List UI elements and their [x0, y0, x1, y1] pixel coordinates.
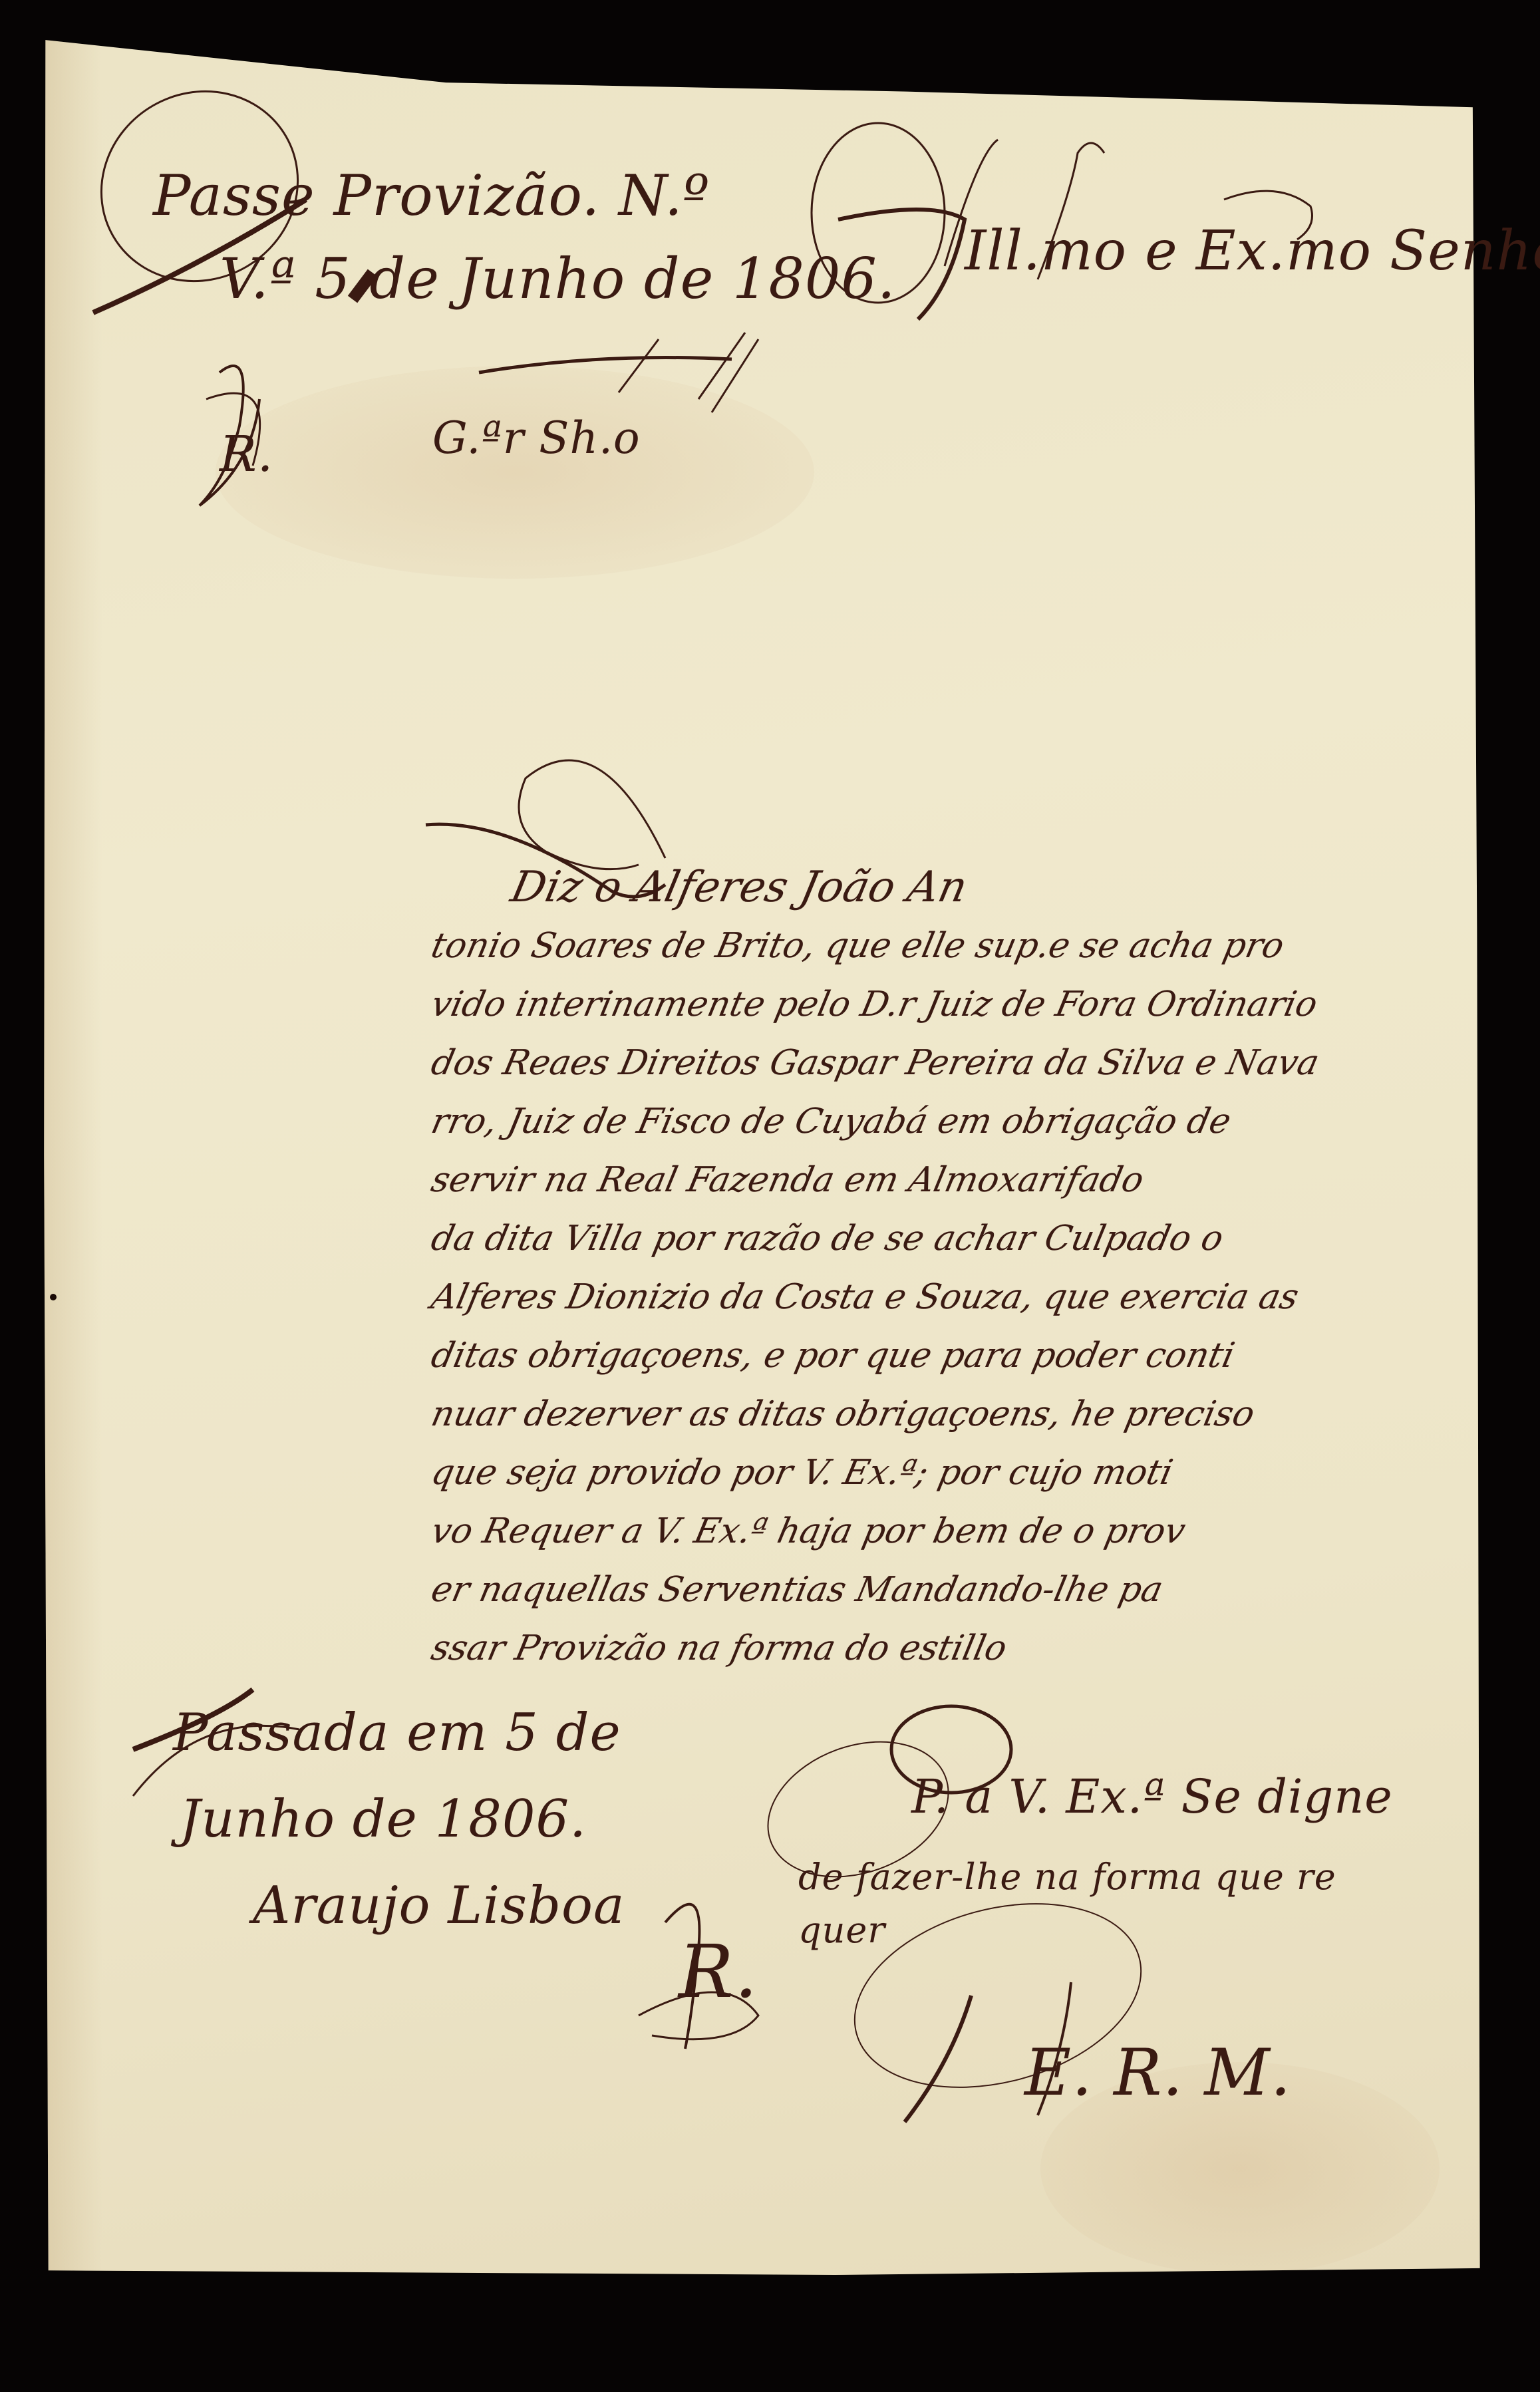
body-line: nuar dezerver as ditas obrigaçoens, he p… — [426, 1385, 1489, 1443]
body-line: Diz o Alferes João An — [426, 858, 1489, 917]
dispatch-rubric: R. — [679, 1929, 758, 2014]
registry-line-1: Passe Provizão. N.º — [153, 163, 710, 228]
dispatch-line-2: Junho de 1806. — [180, 1789, 587, 1849]
registry-line-2: V.ª 5 de Junho de 1806. — [220, 246, 896, 311]
body-line: vido interinamente pelo D.r Juiz de Fora… — [426, 975, 1489, 1034]
salutation: Ill.mo e Ex.mo Senhor — [965, 220, 1540, 283]
dispatch-line-1: Passada em 5 de — [173, 1703, 621, 1763]
closing-mark: E. R. M. — [1024, 2035, 1291, 2110]
foxing-stain — [216, 366, 814, 579]
body-line: dos Reaes Direitos Gaspar Pereira da Sil… — [426, 1034, 1489, 1092]
body-line: servir na Real Fazenda em Almoxarifado — [426, 1151, 1489, 1209]
body-line: rro, Juiz de Fisco de Cuyabá em obrigaçã… — [426, 1092, 1489, 1151]
clerk-signature: G.ªr Sh.o — [432, 412, 641, 464]
body-line: da dita Villa por razão de se achar Culp… — [426, 1209, 1489, 1268]
dispatch-signatory: Araujo Lisboa — [253, 1876, 625, 1936]
petition-close-line-2: de fazer-lhe na forma que re — [798, 1856, 1336, 1898]
body-line: vo Requer a V. Ex.ª haja por bem de o pr… — [426, 1502, 1489, 1561]
body-line: que seja provido por V. Ex.ª; por cujo m… — [426, 1443, 1489, 1502]
body-line: ditas obrigaçoens, e por que para poder … — [426, 1326, 1489, 1385]
rubric-initials: R. — [220, 426, 273, 483]
body-line: ssar Provizão na forma do estillo — [426, 1619, 1489, 1678]
body-line: tonio Soares de Brito, que elle sup.e se… — [426, 917, 1489, 975]
body-line: Alferes Dionizio da Costa e Souza, que e… — [426, 1268, 1489, 1326]
petition-close-line-3: quer — [798, 1909, 885, 1951]
petition-body: Diz o Alferes João An tonio Soares de Br… — [426, 858, 1477, 1678]
petition-close-line-1: P. a V. Ex.ª Se digne — [911, 1769, 1393, 1824]
body-line: er naquellas Serventias Mandando-lhe pa — [426, 1561, 1489, 1619]
